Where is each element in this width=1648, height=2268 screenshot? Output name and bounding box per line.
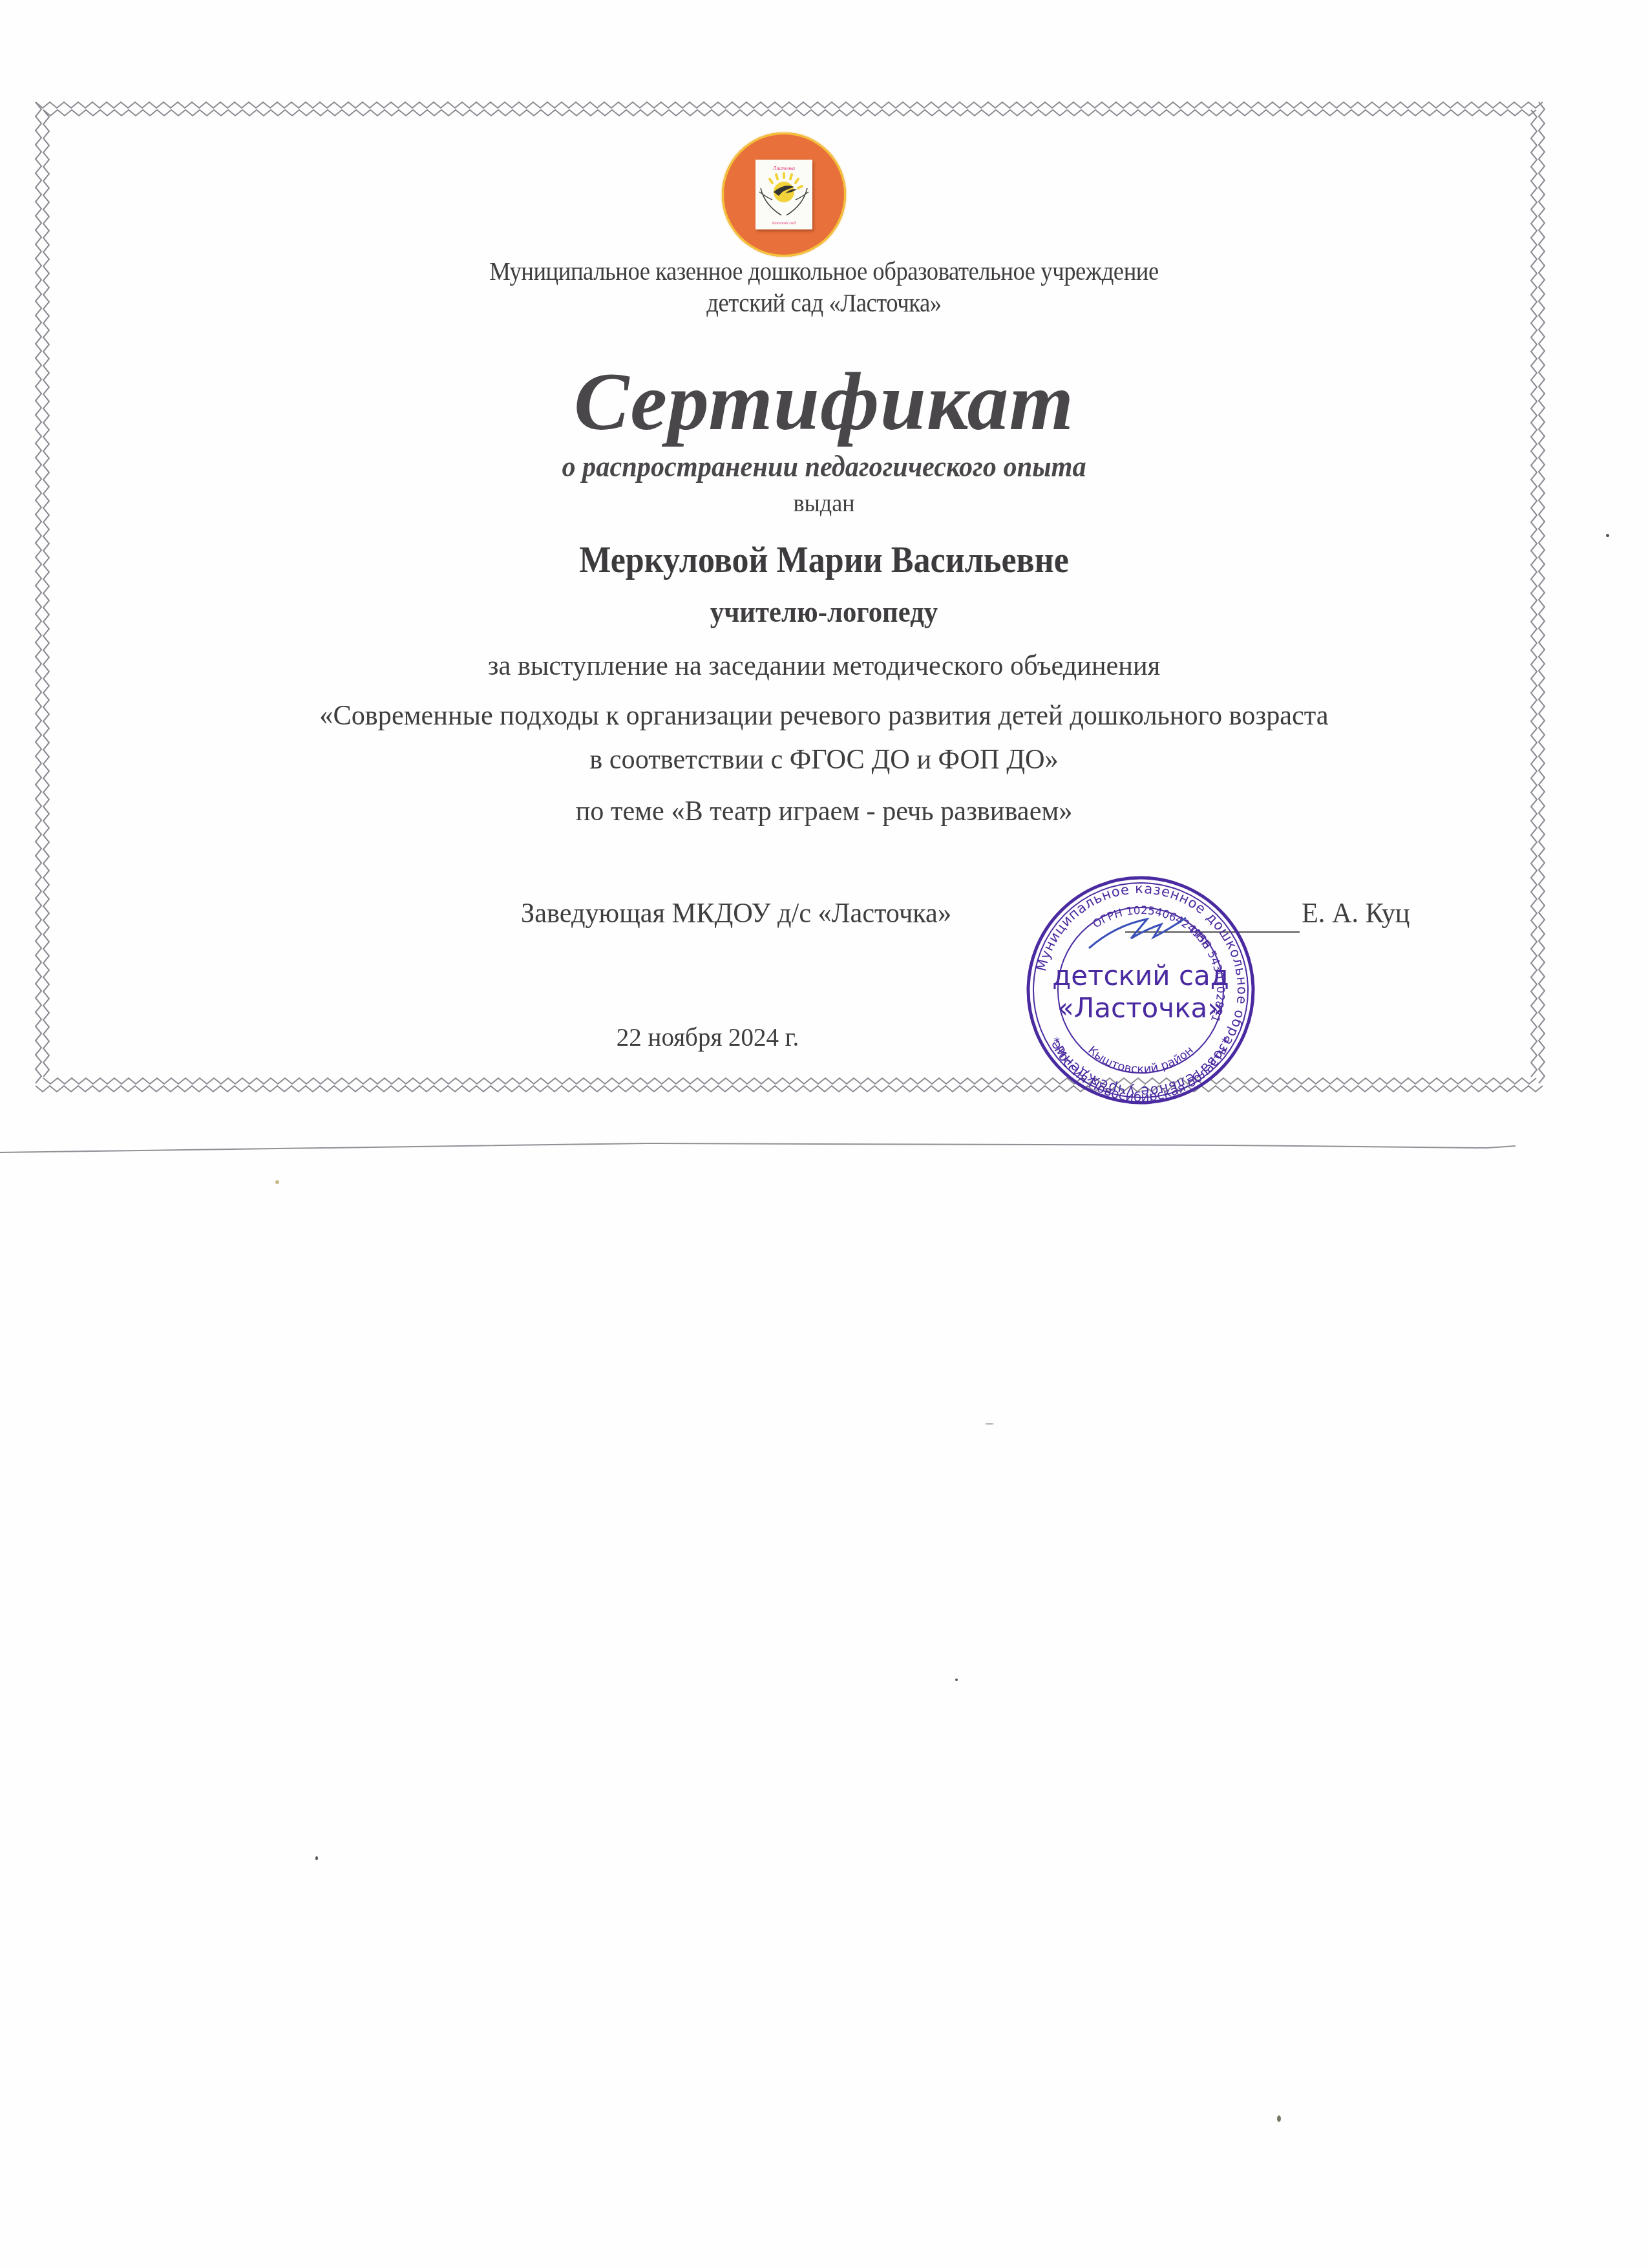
scan-speck (1606, 534, 1609, 537)
scan-speck (985, 1423, 994, 1425)
scan-speck (315, 1856, 318, 1860)
scanned-page: Ласточка детский сад Муниципальное казен… (0, 0, 1648, 2268)
scan-speck (1277, 2115, 1281, 2122)
scan-speck (275, 1180, 279, 1184)
paper-edge-line (0, 0, 1648, 1176)
scan-speck (955, 1679, 958, 1681)
